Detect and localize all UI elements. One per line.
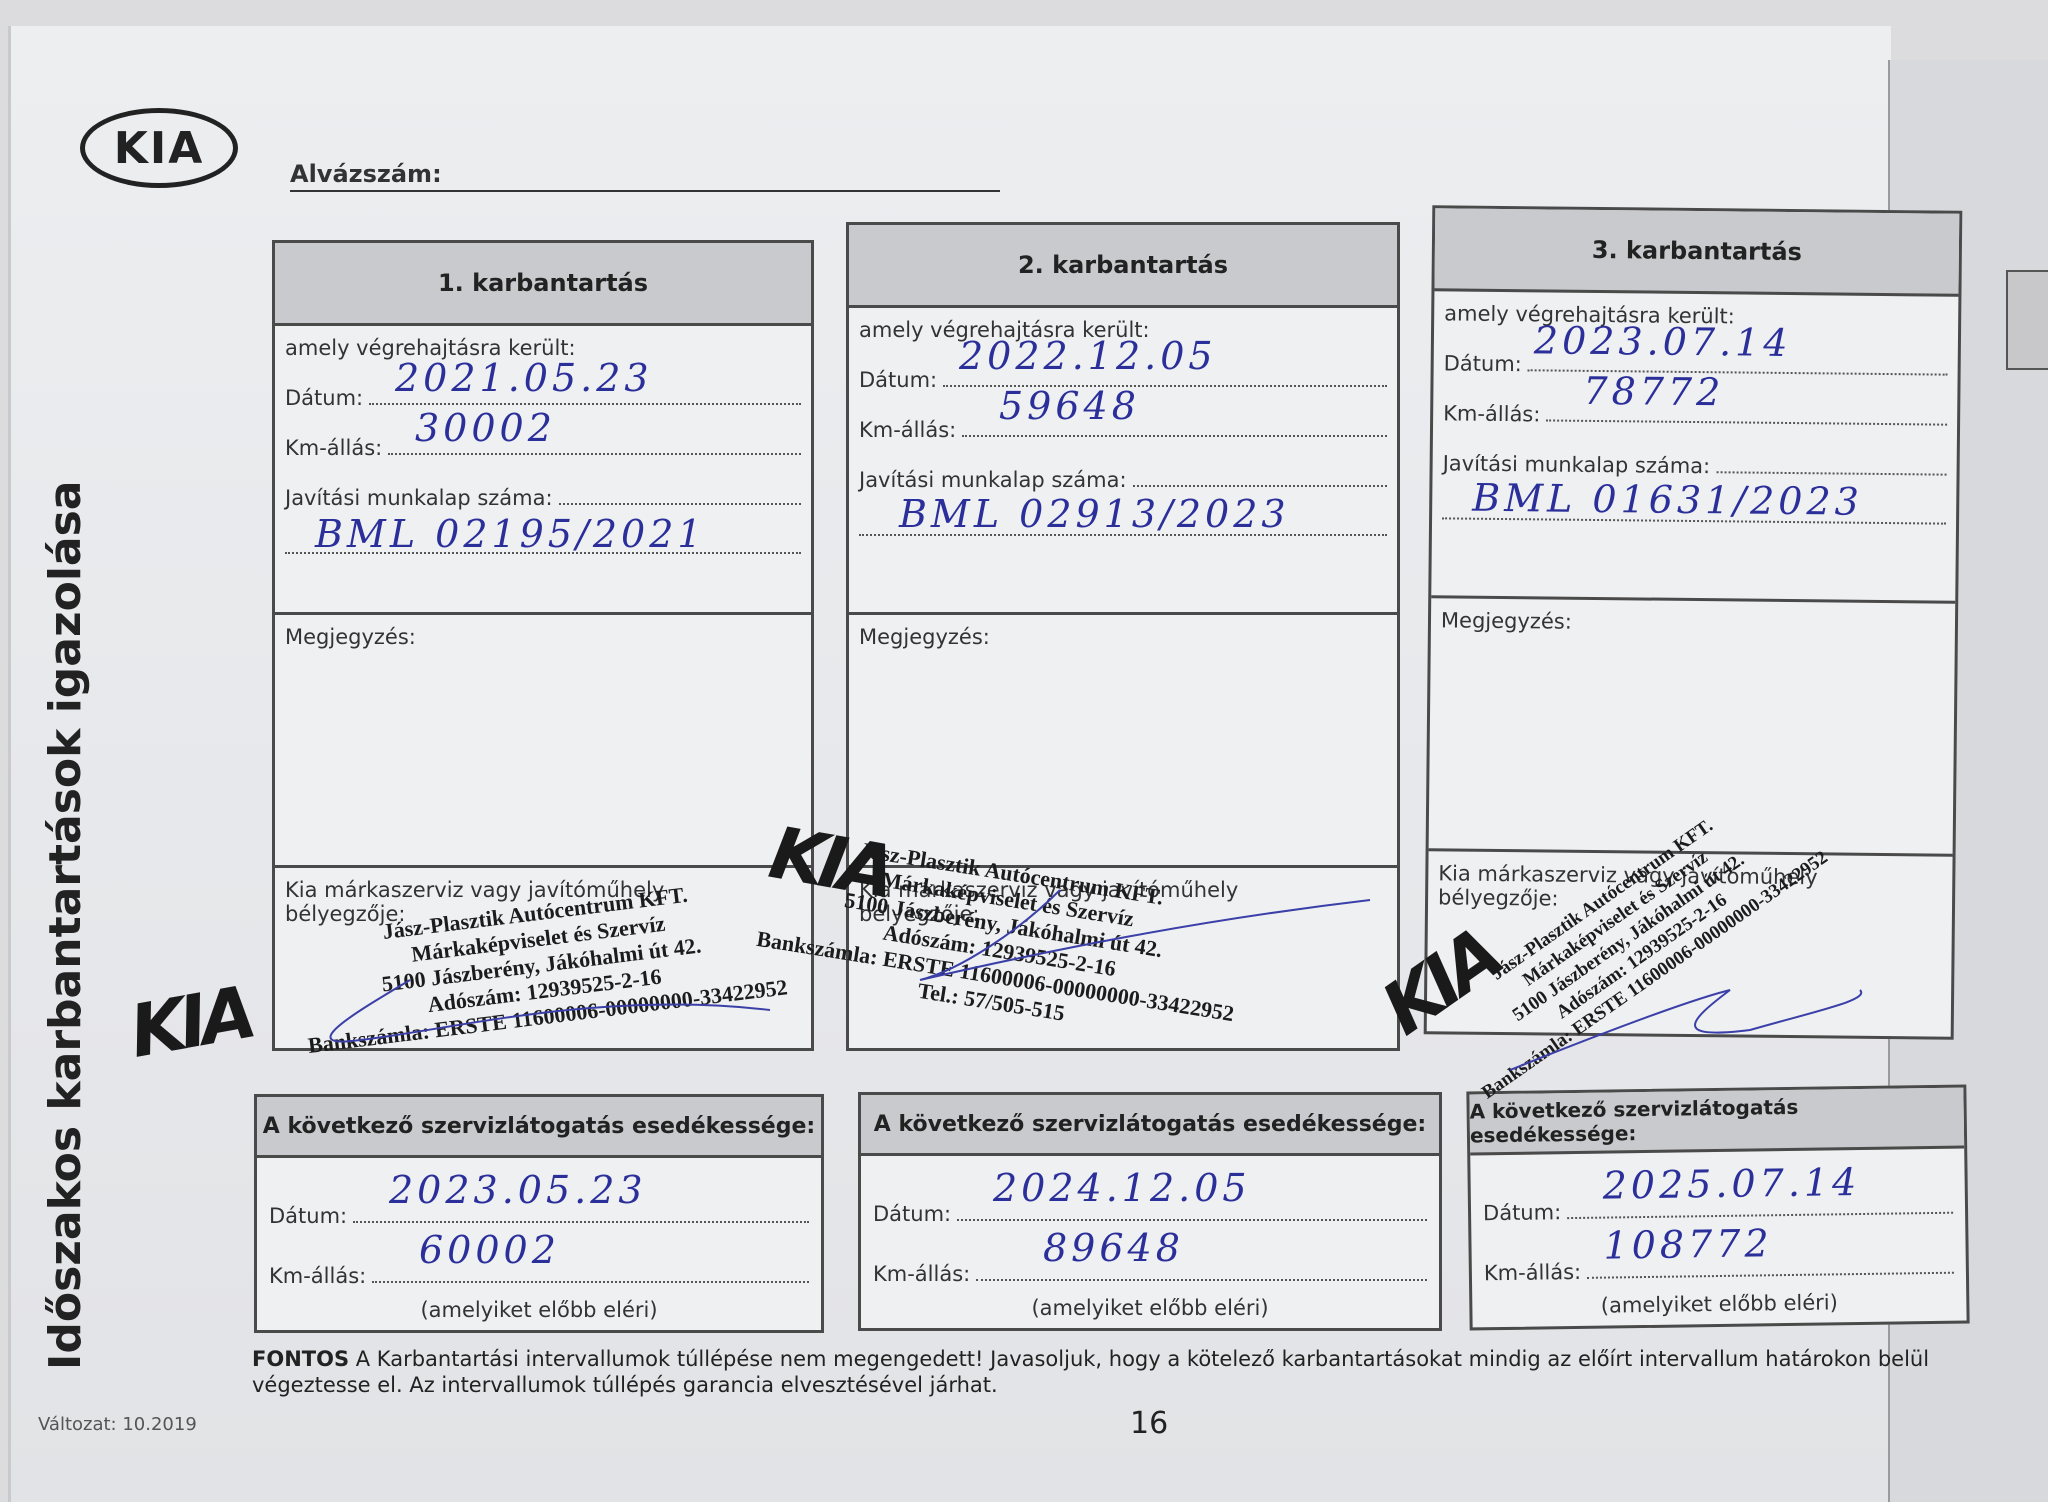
worksheet-value: BML 02195/2021 (315, 512, 706, 556)
mileage-label: Km-állás: (269, 1264, 366, 1288)
mileage-label: Km-állás: (285, 436, 382, 460)
signature-3 (1490, 950, 1890, 1090)
mileage-label: Km-állás: (1443, 401, 1540, 426)
signature-2 (900, 880, 1380, 1000)
next-date-value: 2024.12.05 (993, 1166, 1251, 1210)
mileage-label: Km-állás: (1484, 1260, 1582, 1285)
whichever-first-note: (amelyiket előbb eléri) (269, 1298, 809, 1322)
facing-page-box (2006, 270, 2048, 370)
worksheet-value: BML 02913/2023 (899, 492, 1290, 536)
date-label: Dátum: (269, 1204, 347, 1228)
next-date-value: 2023.05.23 (389, 1168, 647, 1212)
date-value: 2022.12.05 (959, 334, 1217, 378)
card-title: 3. karbantartás (1434, 208, 1959, 296)
page-number: 16 (1130, 1406, 1168, 1441)
date-value: 2021.05.23 (395, 356, 653, 400)
mileage-value: 78772 (1583, 369, 1724, 414)
worksheet-label: Javítási munkalap száma: (1443, 451, 1711, 478)
mileage-value: 59648 (999, 384, 1140, 428)
date-label: Dátum: (285, 386, 363, 410)
mileage-value: 30002 (415, 406, 556, 450)
date-value: 2023.07.14 (1534, 318, 1792, 365)
next-visit-title: A következő szervizlátogatás esedékesség… (257, 1097, 821, 1158)
version-label: Változat: 10.2019 (38, 1414, 197, 1435)
next-visit-title: A következő szervizlátogatás esedékesség… (1469, 1088, 1964, 1156)
card-title: 1. karbantartás (275, 243, 811, 326)
kia-logo: KIA (80, 108, 238, 188)
next-visit-card-2: A következő szervizlátogatás esedékesség… (858, 1092, 1442, 1331)
mileage-label: Km-állás: (859, 418, 956, 442)
worksheet-value: BML 01631/2023 (1472, 476, 1863, 524)
worksheet-label: Javítási munkalap száma: (285, 486, 553, 510)
important-note: FONTOS A Karbantartási intervallumok túl… (252, 1346, 1982, 1398)
signature-1 (300, 960, 780, 1060)
next-visit-card-3: A következő szervizlátogatás esedékesség… (1466, 1085, 1969, 1331)
date-label: Dátum: (1444, 351, 1522, 376)
next-mileage-value: 60002 (419, 1228, 560, 1272)
next-mileage-value: 89648 (1043, 1226, 1184, 1270)
vin-field: Alvázszám: (290, 160, 1000, 192)
whichever-first-note: (amelyiket előbb eléri) (873, 1296, 1427, 1320)
next-date-value: 2025.07.14 (1602, 1160, 1860, 1208)
card-title: 2. karbantartás (849, 225, 1397, 308)
worksheet-label: Javítási munkalap száma: (859, 468, 1127, 492)
remarks-label: Megjegyzés: (859, 625, 1387, 649)
next-mileage-value: 108772 (1603, 1221, 1773, 1267)
side-title: Időszakos karbantartások igazolása (40, 481, 91, 1370)
whichever-first-note: (amelyiket előbb eléri) (1484, 1289, 1954, 1320)
next-visit-card-1: A következő szervizlátogatás esedékesség… (254, 1094, 824, 1333)
date-label: Dátum: (873, 1202, 951, 1226)
remarks-label: Megjegyzés: (285, 625, 801, 649)
remarks-label: Megjegyzés: (1441, 608, 1945, 637)
next-visit-title: A következő szervizlátogatás esedékesség… (861, 1095, 1439, 1156)
date-label: Dátum: (859, 368, 937, 392)
date-label: Dátum: (1483, 1200, 1561, 1225)
mileage-label: Km-állás: (873, 1262, 970, 1286)
